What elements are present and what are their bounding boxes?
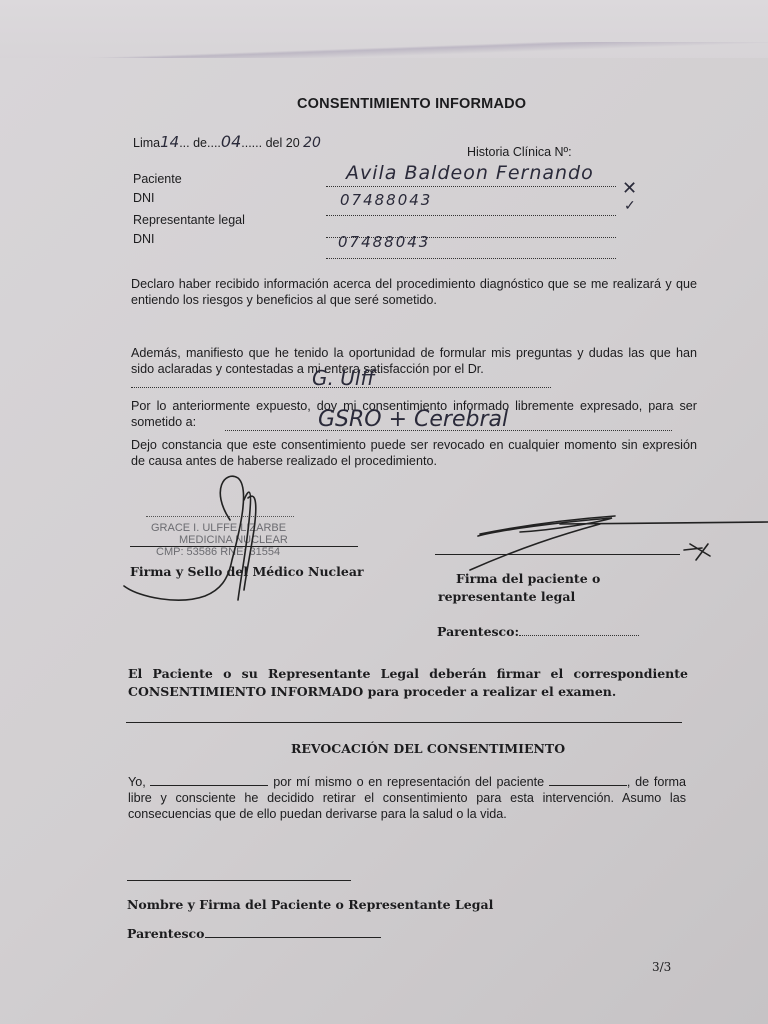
signature-strokes [0, 0, 768, 1024]
doctor-signature-icon [124, 476, 244, 600]
